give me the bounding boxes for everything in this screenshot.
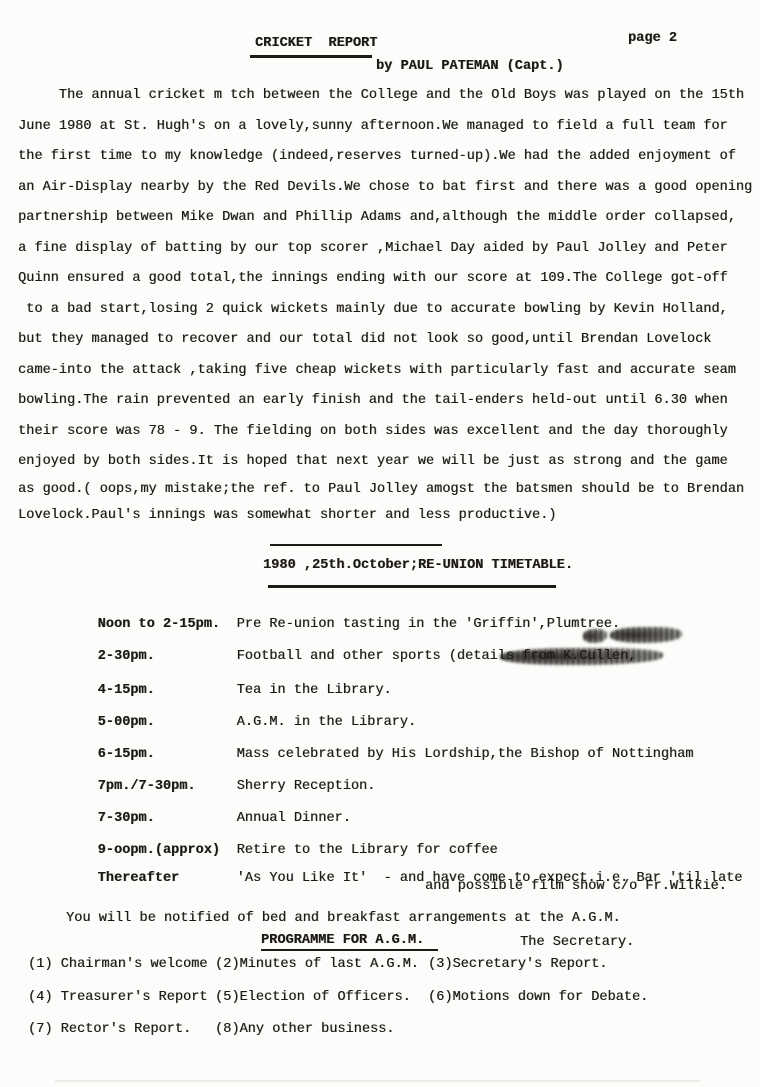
scan-artifact-line <box>55 1080 700 1082</box>
page-number: page 2 <box>628 31 677 46</box>
report-line: The annual cricket m tch between the Col… <box>18 81 758 112</box>
report-line: an Air-Display nearby by the Red Devils.… <box>18 173 758 204</box>
heading-rule-bottom <box>268 585 556 588</box>
timetable-time: 7pm./7-30pm. <box>98 779 237 794</box>
programme-heading: PROGRAMME FOR A.G.M. <box>261 933 438 951</box>
report-line: June 1980 at St. Hugh's on a lovely,sunn… <box>18 112 758 143</box>
agm-item: (3)Secretary's Report. <box>428 957 607 972</box>
report-line: a fine display of batting by our top sco… <box>18 234 758 265</box>
timetable-time: 5-00pm. <box>98 715 237 730</box>
agm-item: (4) Treasurer's Report <box>28 990 207 1005</box>
report-line: as good.( oops,my mistake;the ref. to Pa… <box>18 476 758 503</box>
timetable-continuation: and possible film show c/o Fr.Wilkie. <box>425 879 727 894</box>
report-body: The annual cricket m tch between the Col… <box>18 81 758 529</box>
timetable-time: 2-30pm. <box>98 649 237 664</box>
timetable-time: Thereafter <box>98 871 237 886</box>
agm-item: (5)Election of Officers. <box>215 990 411 1005</box>
report-line: Quinn ensured a good total,the innings e… <box>18 264 758 295</box>
timetable-time: 6-15pm. <box>98 747 237 762</box>
timetable-desc: Sherry Reception. <box>237 779 376 794</box>
report-line: but they managed to recover and our tota… <box>18 325 758 356</box>
report-line: bowling.The rain prevented an early fini… <box>18 386 758 417</box>
heading-rule-top <box>270 544 442 546</box>
timetable-desc: Mass celebrated by His Lordship,the Bish… <box>237 747 694 762</box>
redaction-smudge <box>500 648 663 665</box>
report-line: their score was 78 - 9. The fielding on … <box>18 417 758 448</box>
redaction-smudge <box>583 629 607 643</box>
agm-item: (7) Rector's Report. <box>28 1022 191 1037</box>
timetable-time: 4-15pm. <box>98 683 237 698</box>
report-line: the first time to my knowledge (indeed,r… <box>18 142 758 173</box>
timetable-time: Noon to 2-15pm. <box>98 617 237 632</box>
timetable-desc: Pre Re-union tasting in the 'Griffin',Pl… <box>237 617 620 632</box>
agm-item: (1) Chairman's welcome <box>28 957 207 972</box>
report-line: Lovelock.Paul's innings was somewhat sho… <box>18 503 758 529</box>
report-line: partnership between Mike Dwan and Philli… <box>18 203 758 234</box>
agm-notice: You will be notified of bed and breakfas… <box>66 911 621 926</box>
timetable-heading: 1980 ,25th.October;RE-UNION TIMETABLE. <box>263 558 573 573</box>
title-underline <box>250 55 372 58</box>
timetable-time: 7-30pm. <box>98 811 237 826</box>
report-title: CRICKET REPORT <box>255 36 377 51</box>
timetable-desc: Tea in the Library. <box>237 683 392 698</box>
secretary-signoff: The Secretary. <box>520 935 634 950</box>
timetable-desc: Annual Dinner. <box>237 811 351 826</box>
agm-item: (2)Minutes of last A.G.M. <box>215 957 419 972</box>
agm-item: (8)Any other business. <box>215 1022 394 1037</box>
report-line: to a bad start,losing 2 quick wickets ma… <box>18 295 758 326</box>
document-page: CRICKET REPORT page 2 by PAUL PATEMAN (C… <box>0 0 760 1087</box>
byline: by PAUL PATEMAN (Capt.) <box>376 59 564 74</box>
report-line: enjoyed by both sides.It is hoped that n… <box>18 447 758 476</box>
redaction-smudge <box>610 627 682 643</box>
timetable-desc: A.G.M. in the Library. <box>237 715 416 730</box>
report-line: came-into the attack ,taking five cheap … <box>18 356 758 387</box>
agm-item: (6)Motions down for Debate. <box>428 990 648 1005</box>
